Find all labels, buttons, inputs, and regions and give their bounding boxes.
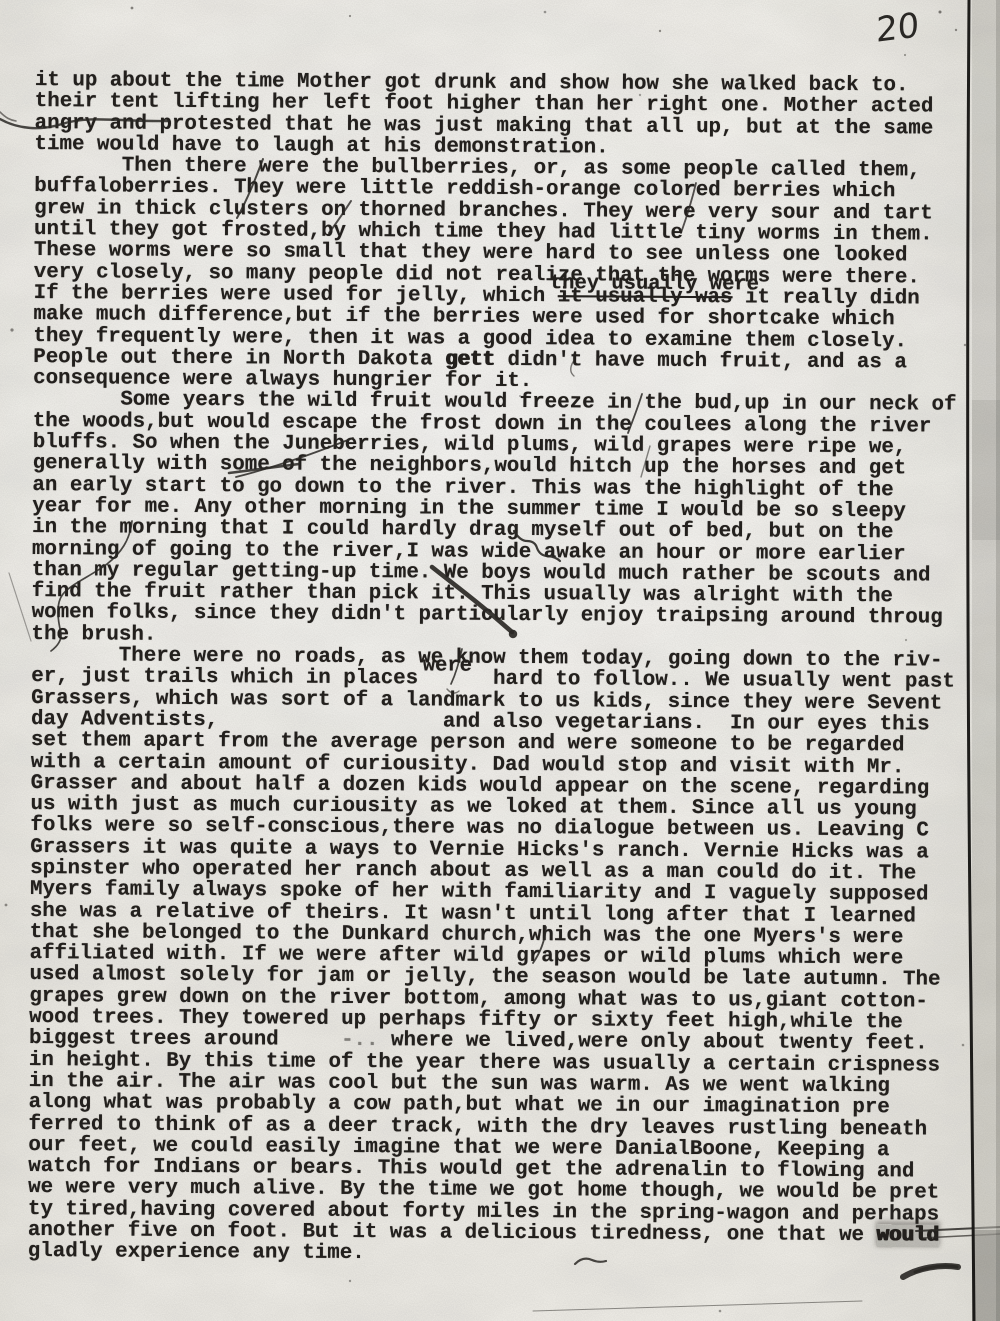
handwritten-page-number: 20 bbox=[876, 5, 919, 51]
scanned-typescript-page: 20 it up about the time Mother got drunk… bbox=[0, 0, 1000, 1321]
scan-line-scratch bbox=[533, 1301, 862, 1311]
typed-insertion-above-line: they usually were bbox=[550, 273, 759, 296]
scan-far-edge bbox=[996, 0, 1000, 1321]
pen-mark-angry-hook bbox=[0, 112, 16, 121]
typed-insertion-above-line: were bbox=[423, 656, 472, 678]
pen-mark-margin-faint bbox=[9, 573, 31, 641]
typescript-lines: it up about the time Mother got drunk an… bbox=[28, 70, 985, 1268]
